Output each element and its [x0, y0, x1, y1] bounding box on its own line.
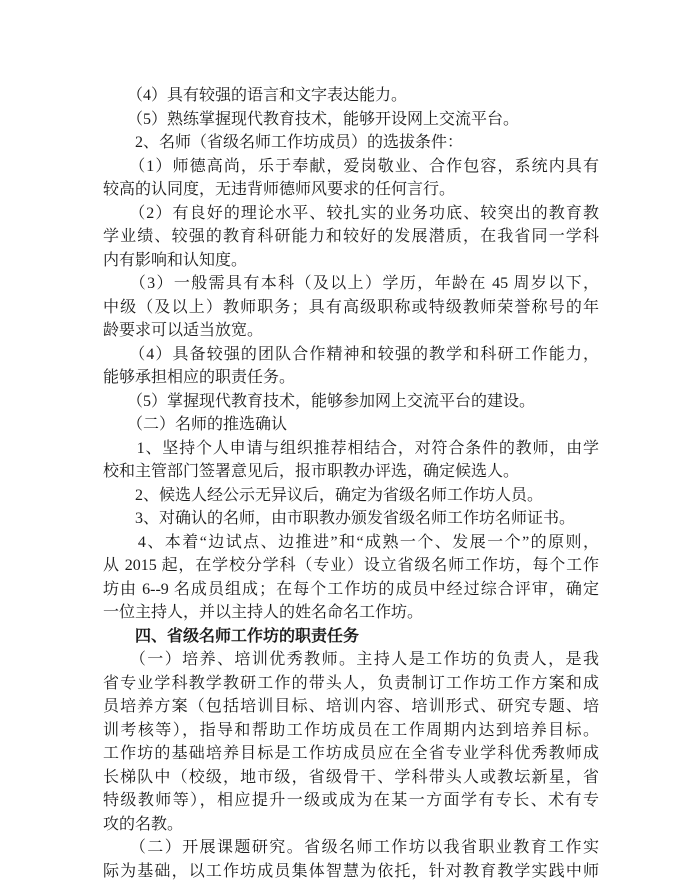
text-line: （3）一般需具有本科（及以上）学历，年龄在 45 周岁以下，	[103, 272, 599, 296]
text-line: 2、候选人经公示无异议后，确定为省级名师工作坊人员。	[103, 484, 599, 508]
text-line: （1）师德高尚，乐于奉献，爱岗敬业、合作包容，系统内具有	[103, 155, 599, 179]
text-line: （5）掌握现代教育技术，能够参加网上交流平台的建设。	[103, 390, 599, 414]
text-line: 较高的认同度，无违背师德师风要求的任何言行。	[103, 178, 599, 202]
document-page: （4）具有较强的语言和文字表达能力。 （5）熟练掌握现代教育技术，能够开设网上交…	[0, 0, 700, 889]
text-line: 一位主持人，并以主持人的姓名命名工作坊。	[103, 601, 599, 625]
text-line: （二）名师的推选确认	[103, 413, 599, 437]
text-line: 特级教师等），相应提升一级或成为在某一方面学有专长、术有专	[103, 789, 599, 813]
text-line: （5）熟练掌握现代教育技术，能够开设网上交流平台。	[103, 108, 599, 132]
text-line: 省专业学科教学教研工作的带头人，负责制订工作坊工作方案和成	[103, 672, 599, 696]
text-line: 3、对确认的名师，由市职教办颁发省级名师工作坊名师证书。	[103, 507, 599, 531]
text-line: 训考核等），指导和帮助工作坊成员在工作周期内达到培养目标。	[103, 719, 599, 743]
text-line: 中级（及以上）教师职务；具有高级职称或特级教师荣誉称号的年	[103, 296, 599, 320]
text-line: 内有影响和认知度。	[103, 249, 599, 273]
text-line: 1、坚持个人申请与组织推荐相结合，对符合条件的教师，由学	[103, 437, 599, 461]
text-line: （一）培养、培训优秀教师。主持人是工作坊的负责人，是我	[103, 648, 599, 672]
text-line: 能够承担相应的职责任务。	[103, 366, 599, 390]
text-line: 4、本着“边试点、边推进”和“成熟一个、发展一个”的原则，	[103, 531, 599, 555]
text-line: 坊由 6--9 名成员组成；在每个工作坊的成员中经过综合评审，确定	[103, 578, 599, 602]
text-line: （二）开展课题研究。省级名师工作坊以我省职业教育工作实	[103, 836, 599, 860]
text-line: 从 2015 起，在学校分学科（专业）设立省级名师工作坊，每个工作	[103, 554, 599, 578]
text-line: 工作坊的基础培养目标是工作坊成员应在全省专业学科优秀教师成	[103, 742, 599, 766]
section-heading: 四、省级名师工作坊的职责任务	[103, 625, 599, 649]
text-line: （2）有良好的理论水平、较扎实的业务功底、较突出的教育教	[103, 202, 599, 226]
text-line: （4）具备较强的团队合作精神和较强的教学和科研工作能力，	[103, 343, 599, 367]
text-line: 校和主管部门签署意见后，报市职教办评选，确定候选人。	[103, 460, 599, 484]
text-line: 2、名师（省级名师工作坊成员）的选拔条件：	[103, 131, 599, 155]
document-body: （4）具有较强的语言和文字表达能力。 （5）熟练掌握现代教育技术，能够开设网上交…	[103, 84, 599, 883]
text-line: （4）具有较强的语言和文字表达能力。	[103, 84, 599, 108]
text-line: 长梯队中（校级，地市级，省级骨干、学科带头人或教坛新星，省	[103, 766, 599, 790]
text-line: 学业绩、较强的教育科研能力和较好的发展潜质，在我省同一学科	[103, 225, 599, 249]
text-line: 龄要求可以适当放宽。	[103, 319, 599, 343]
text-line: 员培养方案（包括培训目标、培训内容、培训形式、研究专题、培	[103, 695, 599, 719]
text-line: 攻的名教。	[103, 813, 599, 837]
text-line: 际为基础，以工作坊成员集体智慧为依托，针对教育教学实践中师	[103, 860, 599, 884]
